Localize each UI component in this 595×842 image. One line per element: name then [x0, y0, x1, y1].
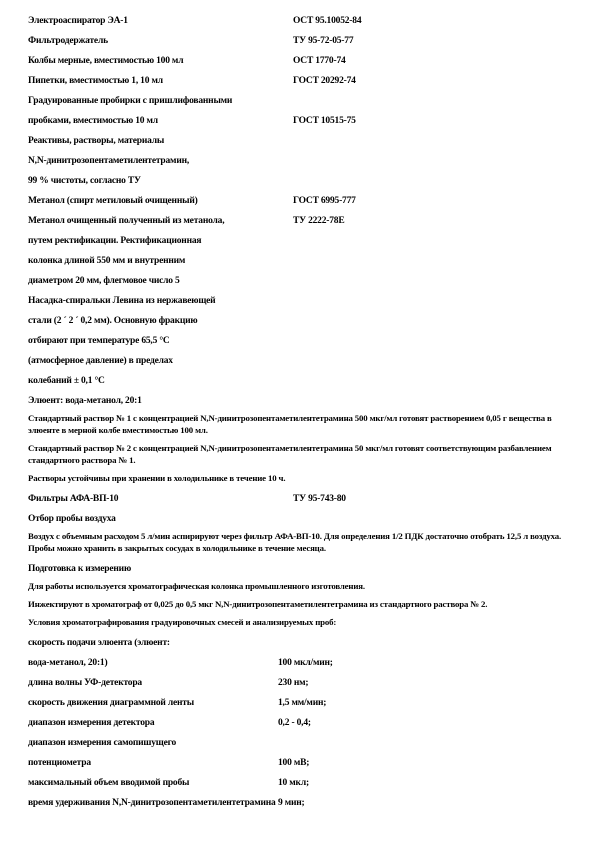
spec-label: Фильтры АФА-ВП-10 — [28, 493, 118, 505]
spec-value: 0,2 - 0,4; — [278, 717, 311, 729]
spec-label: максимальный объем вводимой пробы — [28, 777, 189, 789]
spec-value: ОСТ 95.10052-84 — [293, 15, 361, 27]
spec-row: Метанол очищенный полученный из метанола… — [28, 212, 567, 232]
spec-label: N,N-динитрозопентаметилентетрамин, — [28, 155, 189, 167]
spec-label: пробками, вместимостью 10 мл — [28, 115, 158, 127]
spec-row: (атмосферное давление) в пределах — [28, 352, 567, 372]
spec-value: ТУ 2222-78Е — [293, 215, 344, 227]
spec-label: Элюент: вода-метанол, 20:1 — [28, 395, 142, 407]
spec-label: (атмосферное давление) в пределах — [28, 355, 173, 367]
spec-label: длина волны УФ-детектора — [28, 677, 142, 689]
spec-value: ТУ 95-743-80 — [293, 493, 346, 505]
spec-value: 1,5 мм/мин; — [278, 697, 326, 709]
doc-paragraph: Растворы устойчивы при хранении в холоди… — [28, 472, 567, 484]
spec-row: колебаний ± 0,1 °С — [28, 372, 567, 392]
spec-row: скорость подачи элюента (элюент: — [28, 634, 567, 654]
spec-label: Метанол (спирт метиловый очищенный) — [28, 195, 198, 207]
spec-row: колонка длиной 550 мм и внутренним — [28, 252, 567, 272]
spec-value: 10 мкл; — [278, 777, 309, 789]
section-heading: Подготовка к измерению — [28, 563, 131, 575]
doc-paragraph: Инжектируют в хроматограф от 0,025 до 0,… — [28, 598, 567, 610]
spec-value: 100 мВ; — [278, 757, 309, 769]
section-heading: Отбор пробы воздуха — [28, 513, 116, 525]
spec-row: максимальный объем вводимой пробы10 мкл; — [28, 774, 567, 794]
spec-label: Электроаспиратор ЭА-1 — [28, 15, 128, 27]
spec-label: вода-метанол, 20:1) — [28, 657, 107, 669]
spec-label: Колбы мерные, вместимостью 100 мл — [28, 55, 183, 67]
spec-label: время удерживания N,N-динитрозопентамети… — [28, 797, 276, 809]
spec-row: пробками, вместимостью 10 млГОСТ 10515-7… — [28, 112, 567, 132]
spec-row: отбирают при температуре 65,5 °С — [28, 332, 567, 352]
spec-label: диаметром 20 мм, флегмовое число 5 — [28, 275, 180, 287]
spec-row: Электроаспиратор ЭА-1ОСТ 95.10052-84 — [28, 12, 567, 32]
section-heading-row: Отбор пробы воздуха — [28, 510, 567, 530]
spec-row: длина волны УФ-детектора230 нм; — [28, 674, 567, 694]
spec-row: скорость движения диаграммной ленты1,5 м… — [28, 694, 567, 714]
spec-label: диапазон измерения детектора — [28, 717, 154, 729]
spec-row: Пипетки, вместимостью 1, 10 млГОСТ 20292… — [28, 72, 567, 92]
spec-row: время удерживания N,N-динитрозопентамети… — [28, 794, 567, 814]
spec-label: путем ректификации. Ректификационная — [28, 235, 201, 247]
spec-value: ОСТ 1770-74 — [293, 55, 346, 67]
section-heading-row: Подготовка к измерению — [28, 560, 567, 580]
spec-label: 99 % чистоты, согласно ТУ — [28, 175, 141, 187]
spec-label: диапазон измерения самопишущего — [28, 737, 176, 749]
document-page: Электроаспиратор ЭА-1ОСТ 95.10052-84Филь… — [0, 0, 595, 842]
spec-label: отбирают при температуре 65,5 °С — [28, 335, 170, 347]
spec-row: Фильтры АФА-ВП-10ТУ 95-743-80 — [28, 490, 567, 510]
doc-paragraph: Воздух с объемным расходом 5 л/мин аспир… — [28, 530, 567, 554]
spec-row: Метанол (спирт метиловый очищенный)ГОСТ … — [28, 192, 567, 212]
spec-value: ГОСТ 6995-777 — [293, 195, 356, 207]
spec-row: N,N-динитрозопентаметилентетрамин, — [28, 152, 567, 172]
spec-label: стали (2 ´ 2 ´ 0,2 мм). Основную фракцию — [28, 315, 197, 327]
spec-label: Пипетки, вместимостью 1, 10 мл — [28, 75, 163, 87]
spec-label: колонка длиной 550 мм и внутренним — [28, 255, 185, 267]
spec-row: Колбы мерные, вместимостью 100 млОСТ 177… — [28, 52, 567, 72]
spec-label: Насадка-спиральки Левина из нержавеющей — [28, 295, 215, 307]
spec-row: Элюент: вода-метанол, 20:1 — [28, 392, 567, 412]
doc-paragraph: Для работы используется хроматографическ… — [28, 580, 567, 592]
spec-row: стали (2 ´ 2 ´ 0,2 мм). Основную фракцию — [28, 312, 567, 332]
spec-row: диапазон измерения самопишущего — [28, 734, 567, 754]
spec-label: Метанол очищенный полученный из метанола… — [28, 215, 224, 227]
spec-value: 9 мин; — [278, 797, 305, 809]
spec-value: 230 нм; — [278, 677, 308, 689]
spec-row: диаметром 20 мм, флегмовое число 5 — [28, 272, 567, 292]
spec-value: ГОСТ 10515-75 — [293, 115, 356, 127]
spec-row: потенциометра100 мВ; — [28, 754, 567, 774]
spec-row: ФильтродержательТУ 95-72-05-77 — [28, 32, 567, 52]
doc-paragraph: Стандартный раствор № 2 с концентрацией … — [28, 442, 567, 466]
section-heading-row: Реактивы, растворы, материалы — [28, 132, 567, 152]
spec-row: путем ректификации. Ректификационная — [28, 232, 567, 252]
doc-paragraph: Стандартный раствор № 1 с концентрацией … — [28, 412, 567, 436]
document-body: Электроаспиратор ЭА-1ОСТ 95.10052-84Филь… — [28, 12, 567, 814]
spec-label: Градуированные пробирки с пришлифованным… — [28, 95, 232, 107]
spec-row: 99 % чистоты, согласно ТУ — [28, 172, 567, 192]
spec-value: ГОСТ 20292-74 — [293, 75, 356, 87]
spec-row: Насадка-спиральки Левина из нержавеющей — [28, 292, 567, 312]
spec-label: потенциометра — [28, 757, 91, 769]
section-heading: Реактивы, растворы, материалы — [28, 135, 164, 147]
spec-row: Градуированные пробирки с пришлифованным… — [28, 92, 567, 112]
spec-row: вода-метанол, 20:1)100 мкл/мин; — [28, 654, 567, 674]
spec-row: диапазон измерения детектора0,2 - 0,4; — [28, 714, 567, 734]
spec-label: скорость подачи элюента (элюент: — [28, 637, 170, 649]
spec-value: ТУ 95-72-05-77 — [293, 35, 353, 47]
spec-label: Фильтродержатель — [28, 35, 108, 47]
doc-paragraph: Условия хроматографирования градуировочн… — [28, 616, 567, 628]
spec-label: колебаний ± 0,1 °С — [28, 375, 105, 387]
spec-value: 100 мкл/мин; — [278, 657, 333, 669]
spec-label: скорость движения диаграммной ленты — [28, 697, 194, 709]
